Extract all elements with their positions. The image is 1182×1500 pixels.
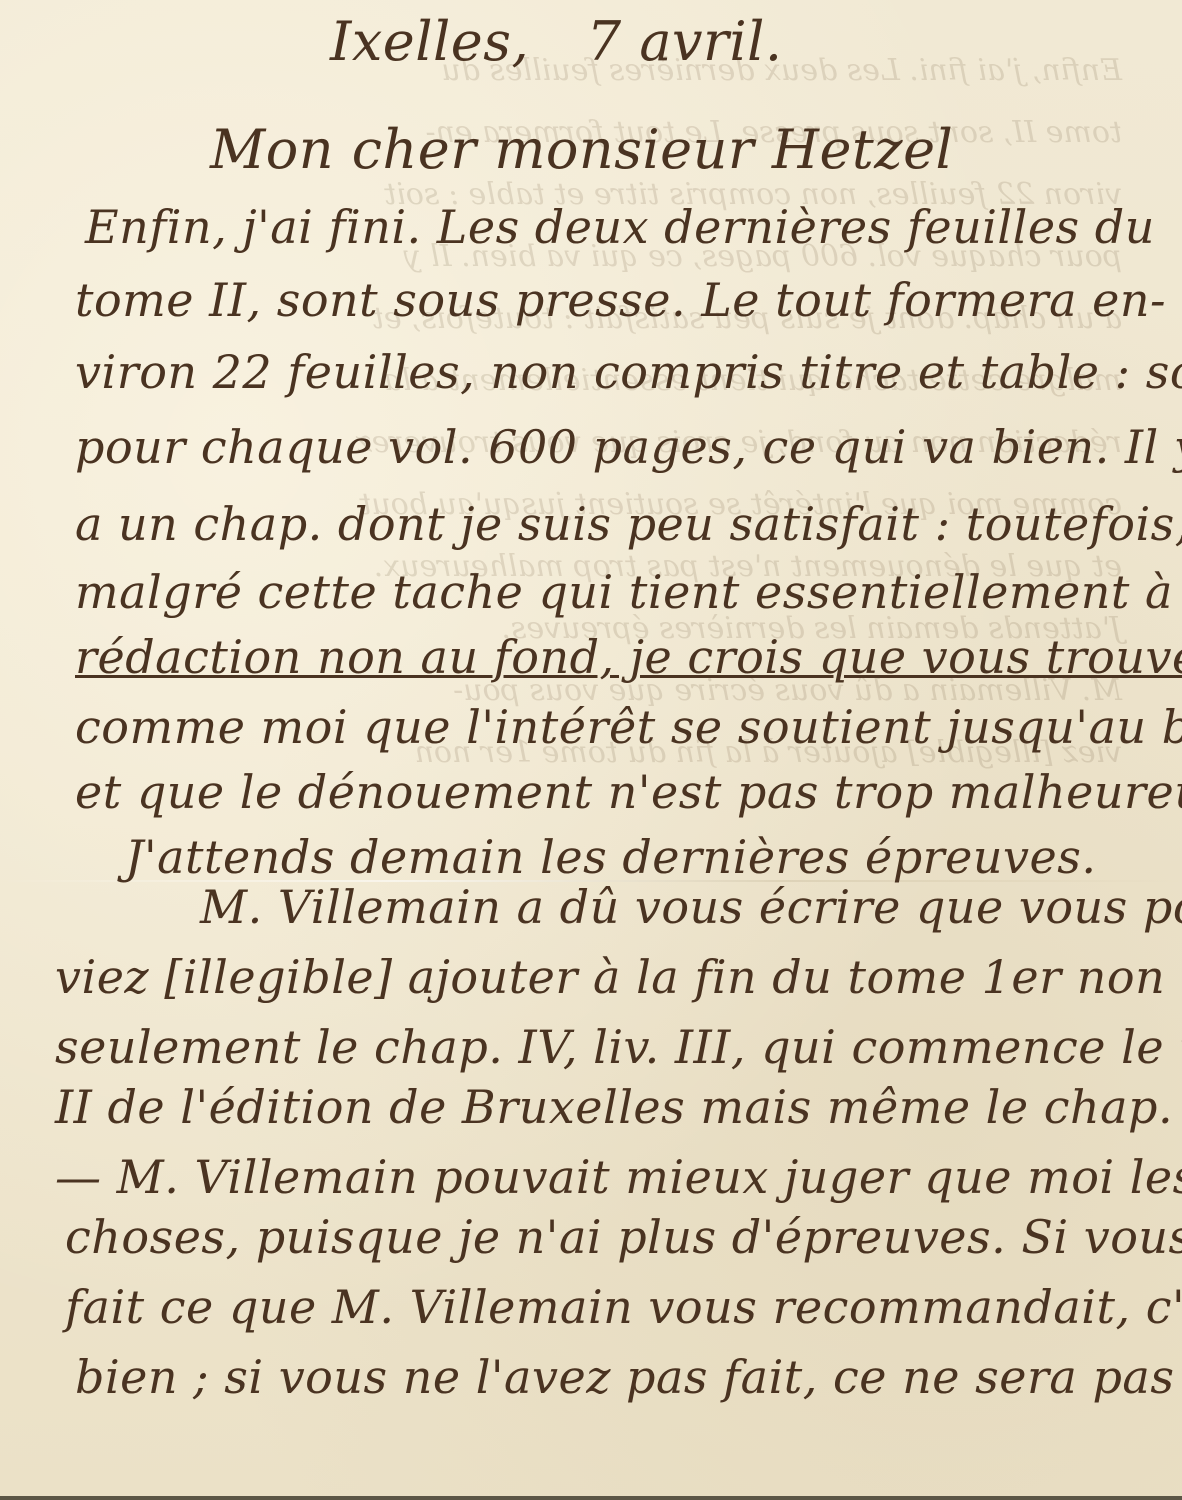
letter-line-14: II de l'édition de Bruxelles mais même l… — [55, 1080, 1182, 1134]
letter-line-13: seulement le chap. IV, liv. III, qui com… — [55, 1020, 1182, 1074]
letter-line-15: — M. Villemain pouvait mieux juger que m… — [55, 1150, 1182, 1204]
letter-line-4: pour chaque vol. 600 pages, ce qui va bi… — [75, 420, 1182, 474]
letter-line-11: M. Villemain a dû vous écrire que vous p… — [200, 880, 1182, 934]
handwritten-letter: Ixelles, 7 avril. Mon cher monsieur Hetz… — [0, 0, 1182, 1496]
letter-place: Ixelles, — [330, 10, 529, 73]
letter-line-16: choses, puisque je n'ai plus d'épreuves.… — [65, 1210, 1182, 1264]
letter-line-10: J'attends demain les dernières épreuves. — [125, 830, 1096, 884]
letter-line-12: viez [illegible] ajouter à la fin du tom… — [55, 950, 1165, 1004]
letter-line-3: viron 22 feuilles, non compris titre et … — [75, 345, 1182, 399]
letter-line-1: Enfin, j'ai fini. Les deux dernières feu… — [85, 200, 1155, 254]
letter-date: 7 avril. — [587, 10, 783, 73]
letter-line-18: bien ; si vous ne l'avez pas fait, ce ne… — [75, 1350, 1182, 1404]
letter-line-6: malgré cette tache qui tient essentielle… — [75, 565, 1182, 619]
letter-line-7: rédaction non au fond, je crois que vous… — [75, 630, 1182, 684]
letter-line-8: comme moi que l'intérêt se soutient jusq… — [75, 700, 1182, 754]
letter-line-5: a un chap. dont je suis peu satisfait : … — [75, 497, 1182, 551]
letter-salutation: Mon cher monsieur Hetzel — [210, 118, 953, 181]
letter-dateline: Ixelles, 7 avril. — [330, 10, 783, 73]
letter-line-17: fait ce que M. Villemain vous recommanda… — [65, 1280, 1182, 1334]
letter-line-2: tome II, sont sous presse. Le tout forme… — [75, 273, 1166, 327]
letter-page: Enfin, j'ai fini. Les deux dernières feu… — [0, 0, 1182, 1500]
letter-line-9: et que le dénouement n'est pas trop malh… — [75, 765, 1182, 819]
line-12-text: viez [illegible] ajouter à la fin du tom… — [55, 950, 1165, 1004]
